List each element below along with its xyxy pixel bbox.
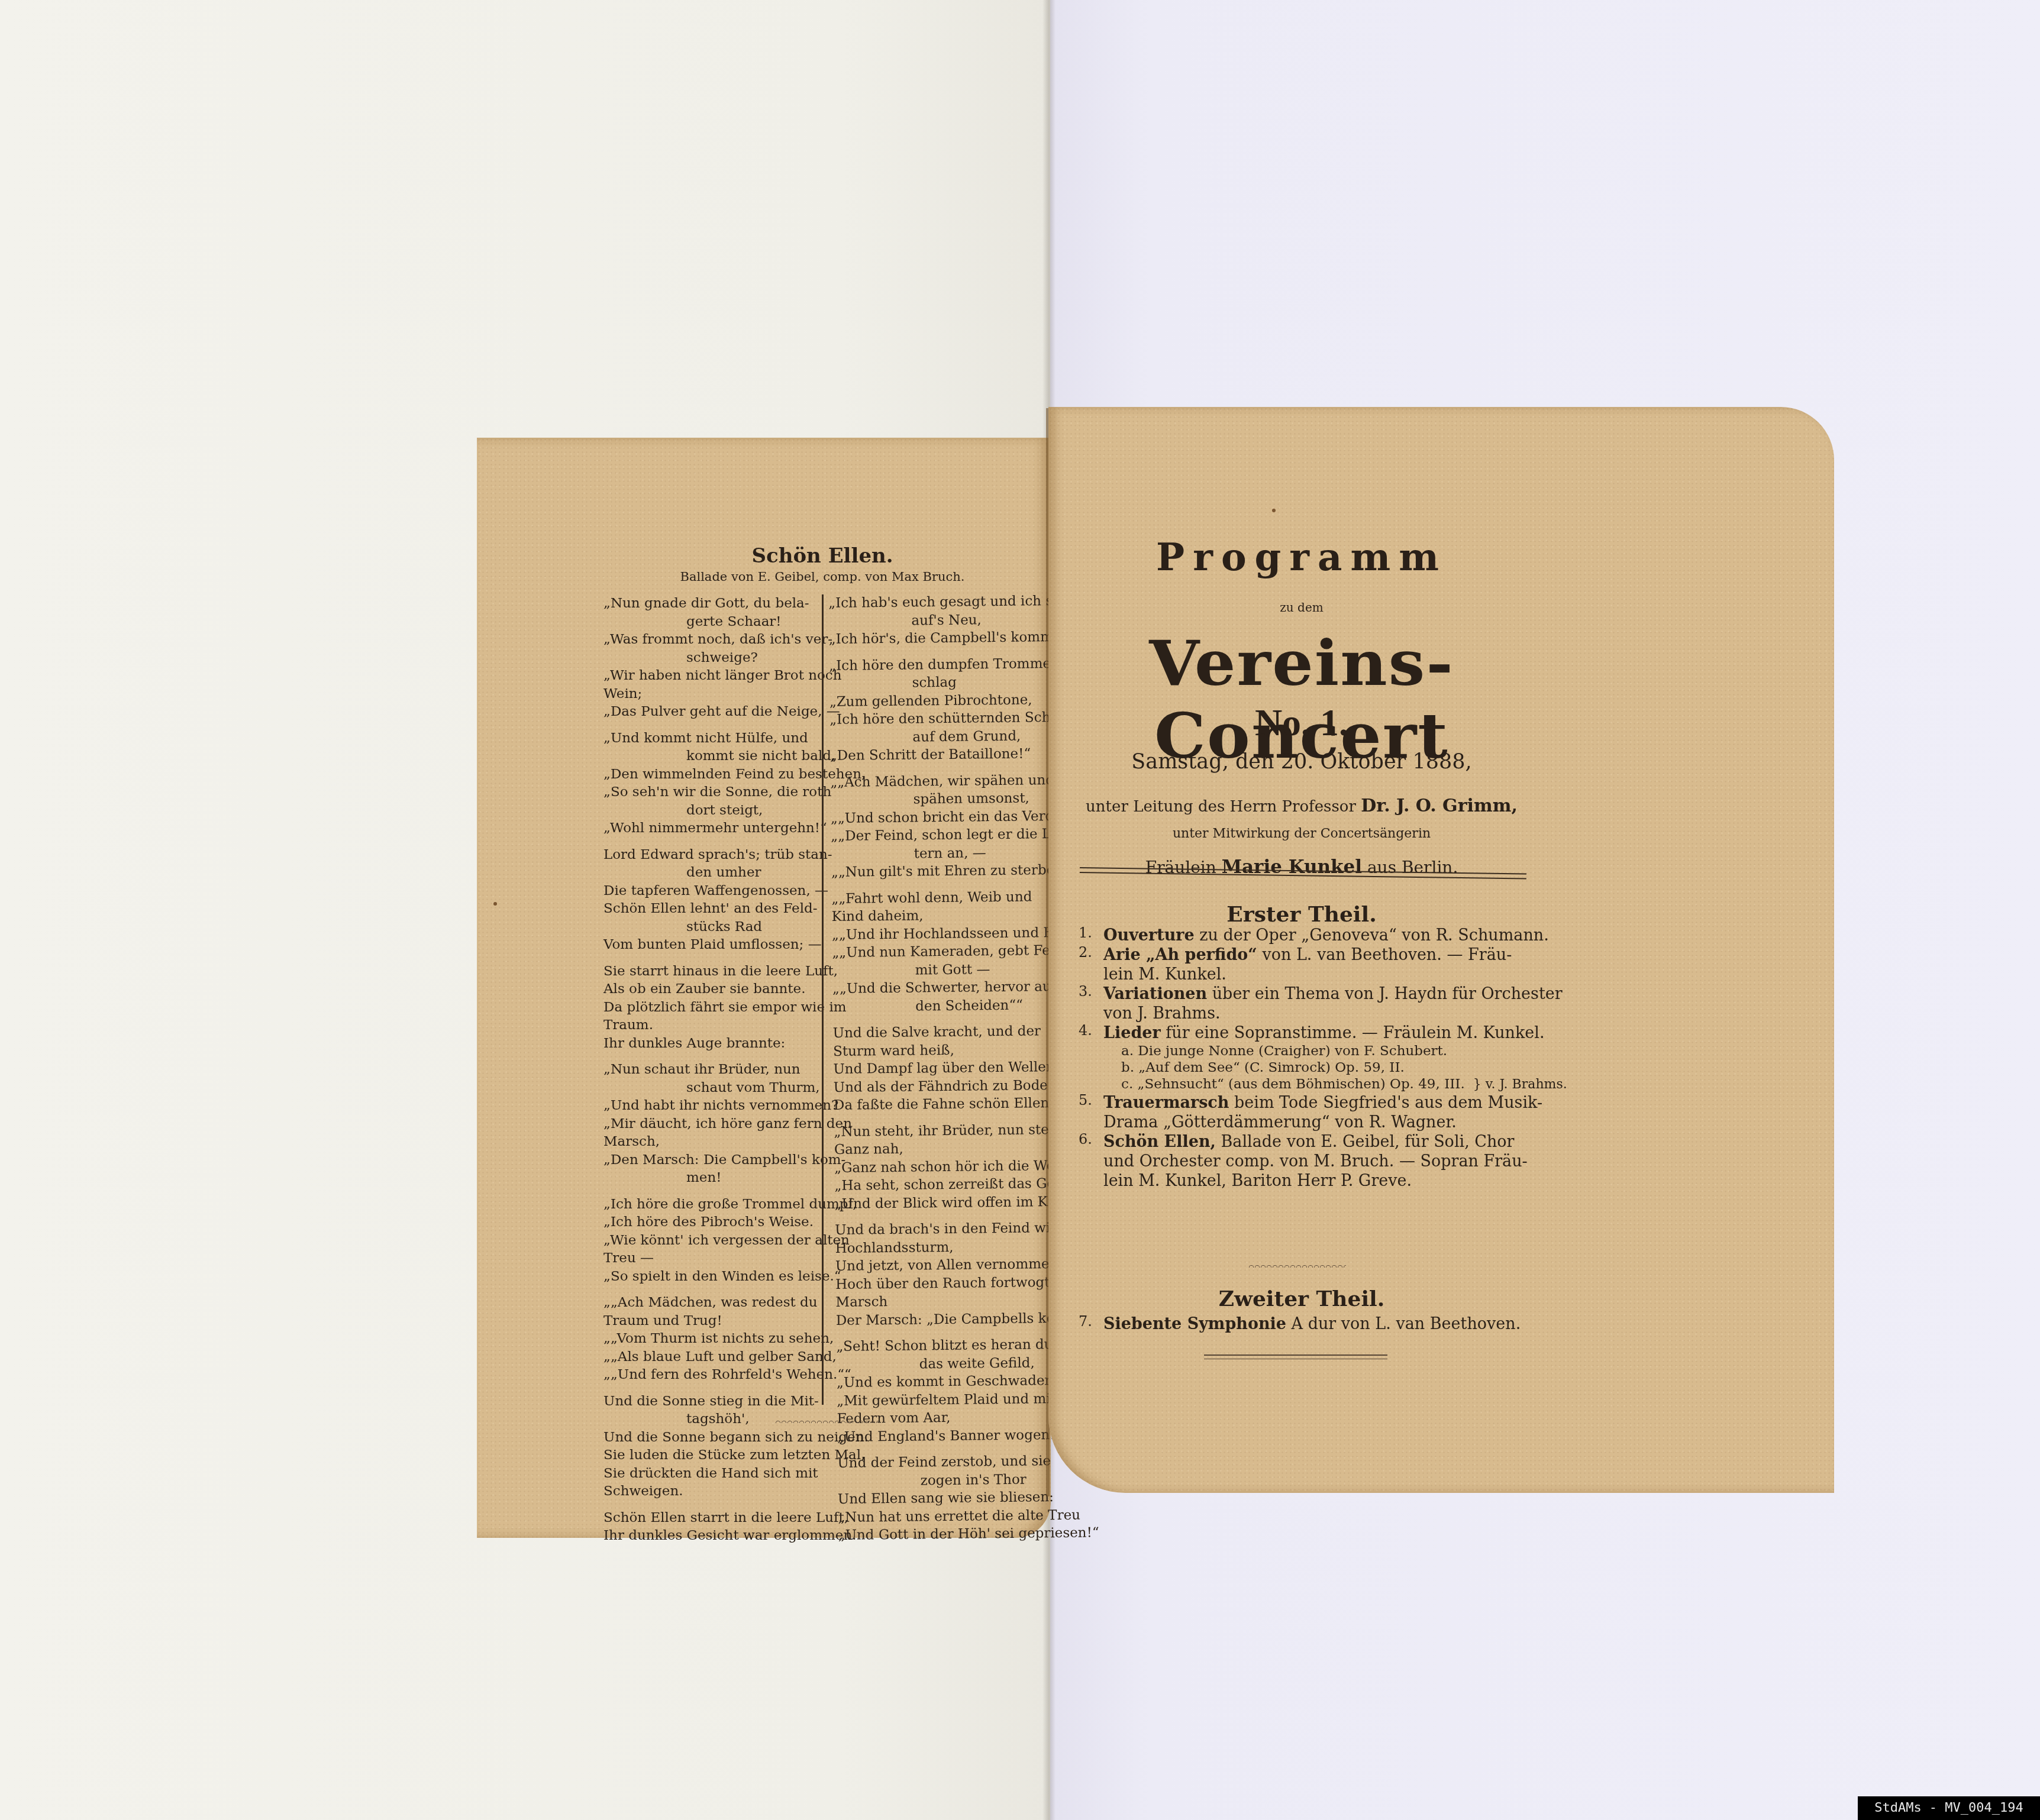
poem-line: Vom bunten Plaid umflossen; — bbox=[603, 936, 816, 954]
conductor-name: Dr. J. O. Grimm, bbox=[1361, 796, 1518, 816]
poem-line: „Ich hör's, die Campbell's kommen! bbox=[829, 628, 1048, 648]
poem-line: Und die Sonne begann sich zu neigen. bbox=[603, 1428, 816, 1447]
program-item-6-cont2: lein M. Kunkel, Bariton Herr P. Greve. bbox=[1074, 1171, 1567, 1191]
end-rule bbox=[1204, 1355, 1387, 1359]
poem-line: „Wohl nimmermehr untergehn!“ bbox=[603, 819, 816, 838]
poem-line: Ihr dunkles Auge brannte: bbox=[603, 1035, 816, 1053]
poem-line: „Mit gewürfeltem Plaid und mit bbox=[837, 1390, 1055, 1410]
poem-line: „Nun hat uns errettet die alte Treu bbox=[838, 1507, 1057, 1527]
poem-line: Sie starrt hinaus in die leere Luft, bbox=[603, 962, 816, 981]
poem-line: „So spielt in den Winden es leise.“ bbox=[603, 1268, 816, 1286]
concert-date: Samstag, den 20. Oktober 1888, bbox=[1065, 750, 1538, 774]
poem-line: schaut vom Thurm, bbox=[603, 1079, 816, 1097]
poem-line: „Wie könnt' ich vergessen der alten bbox=[603, 1231, 816, 1250]
poem-line: Hochlandssturm, bbox=[835, 1237, 1054, 1257]
poem-line: „Nun steht, ihr Brüder, nun steht! bbox=[834, 1121, 1053, 1141]
poem-line: Traum und Trug! bbox=[603, 1312, 816, 1330]
program-item-5-cont: Drama „Götterdämmerung“ von R. Wagner. bbox=[1074, 1113, 1567, 1132]
poem-line: „Den wimmelnden Feind zu bestehen, bbox=[603, 765, 816, 784]
poem-line: „Nun schaut ihr Brüder, nun bbox=[603, 1061, 816, 1079]
poem-line: Traum. bbox=[603, 1016, 816, 1035]
program-item-6-cont: und Orchester comp. von M. Bruch. — Sopr… bbox=[1074, 1152, 1567, 1171]
poem-line: Der Marsch: „Die Campbells kommen! bbox=[836, 1310, 1055, 1330]
poem-line: auf's Neu, bbox=[828, 610, 1047, 631]
program-item-2: 2.Arie „Ah perfido“ von L. van Beethoven… bbox=[1074, 945, 1567, 965]
poem-line: „Ich höre des Pibroch's Weise. bbox=[603, 1213, 816, 1231]
program-item-6: 6.Schön Ellen, Ballade von E. Geibel, fü… bbox=[1074, 1132, 1567, 1152]
lied-b: b. „Auf dem See“ (C. Simrock) Op. 59, II… bbox=[1074, 1059, 1567, 1076]
poem-column-2: „Ich hab's euch gesagt und ich sag'sauf'… bbox=[828, 592, 1057, 1544]
poem-line: Schön Ellen lehnt' an des Feld- bbox=[603, 900, 816, 918]
poem-column-1: „Nun gnade dir Gott, du bela-gerte Schaa… bbox=[603, 594, 816, 1545]
poem-line: tern an, — bbox=[831, 843, 1050, 864]
poem-line: „„Ach Mädchen, was redest du bbox=[603, 1294, 816, 1312]
program-item-3-cont: von J. Brahms. bbox=[1074, 1004, 1567, 1023]
stanza-gap bbox=[603, 954, 816, 962]
poem-line: auf dem Grund, bbox=[829, 727, 1048, 747]
poem-line: zogen in's Thor bbox=[838, 1470, 1057, 1491]
poem-line: schweige? bbox=[603, 649, 816, 667]
lied-c: c. „Sehnsucht“ (aus dem Böhmischen) Op. … bbox=[1074, 1076, 1567, 1093]
direction-line: unter Leitung des Herrn Professor Dr. J.… bbox=[1065, 796, 1538, 816]
poem-line: das weite Gefild, bbox=[836, 1354, 1055, 1374]
poem-line: den Scheiden““ bbox=[832, 996, 1051, 1016]
poem-line: Schön Ellen starrt in die leere Luft, bbox=[603, 1509, 816, 1527]
stanza-gap bbox=[603, 838, 816, 846]
poem-line: „Ha seht, schon zerreißt das Gewölk bbox=[834, 1175, 1053, 1195]
poem-line: spähen umsonst, bbox=[830, 789, 1049, 809]
poem-line: gerte Schaar! bbox=[603, 613, 816, 631]
poem-line: Ihr dunkles Gesicht war erglommen. bbox=[603, 1527, 816, 1545]
poem-line: Da plötzlich fährt sie empor wie im bbox=[603, 998, 816, 1017]
zu-dem-text: zu dem bbox=[1065, 600, 1538, 615]
wavy-divider-left bbox=[775, 1418, 879, 1423]
poem-line: „Ich höre die große Trommel dumpf, bbox=[603, 1195, 816, 1214]
poem-line: Und Ellen sang wie sie bliesen: bbox=[838, 1488, 1057, 1508]
part-one-title: Erster Theil. bbox=[1065, 902, 1538, 927]
program-item-3: 3.Variationen über ein Thema von J. Hayd… bbox=[1074, 984, 1567, 1004]
assistance-line: unter Mitwirkung der Concertsängerin bbox=[1065, 826, 1538, 841]
stanza-gap bbox=[603, 1285, 816, 1294]
program-item-5: 5.Trauermarsch beim Tode Siegfried's aus… bbox=[1074, 1093, 1567, 1113]
program-item-2-cont: lein M. Kunkel. bbox=[1074, 965, 1567, 984]
poem-line: Und als der Fähndrich zu Boden sank, bbox=[834, 1077, 1053, 1097]
poem-line: „Nun gnade dir Gott, du bela- bbox=[603, 594, 816, 613]
program-item-1: 1.Ouverture zu der Oper „Genoveva“ von R… bbox=[1074, 926, 1567, 945]
poem-line: „Ganz nah schon hör ich die Weise! bbox=[834, 1157, 1053, 1177]
poem-line: Lord Edward sprach's; trüb stan- bbox=[603, 846, 816, 864]
poem-line: Die tapferen Waffengenossen, — bbox=[603, 882, 816, 900]
poem-line: „Und kommt nicht Hülfe, und bbox=[603, 729, 816, 748]
poem-line: Sie drückten die Hand sich mit bbox=[603, 1465, 816, 1483]
poem-line: „„Nun gilt's mit Ehren zu sterben! — bbox=[831, 861, 1050, 881]
poem-line: „Den Marsch: Die Campbell's kom- bbox=[603, 1151, 816, 1169]
poem-title: Schön Ellen. bbox=[592, 544, 1053, 568]
poem-line: „Und England's Banner wogen!“ bbox=[837, 1426, 1056, 1446]
poem-line: Und der Feind zerstob, und sie bbox=[837, 1452, 1056, 1472]
direction-prefix: unter Leitung des Herrn Professor bbox=[1086, 798, 1356, 816]
poem-line: „Und es kommt in Geschwadern gezogen bbox=[837, 1372, 1055, 1392]
poem-line: „„Und nun Kameraden, gebt Feuer, bbox=[832, 942, 1051, 962]
stanza-gap bbox=[603, 721, 816, 729]
archive-label: StdAMs - MV_004_194 bbox=[1858, 1796, 2040, 1820]
poem-line: Treu — bbox=[603, 1249, 816, 1268]
wavy-divider-right bbox=[1248, 1263, 1346, 1268]
poem-line: mit Gott — bbox=[832, 960, 1051, 980]
poem-line: „Seht! Schon blitzt es heran durch bbox=[836, 1336, 1055, 1356]
poem-line: Marsch bbox=[835, 1291, 1054, 1311]
poem-line: „Wir haben nicht länger Brot noch bbox=[603, 667, 816, 685]
poem-line: „Ich hab's euch gesagt und ich sag's bbox=[828, 592, 1047, 612]
poem-line: den umher bbox=[603, 864, 816, 882]
poem-line: „Ich höre den dumpfen Trommel- bbox=[829, 655, 1048, 675]
poem-line: Und jetzt, von Allen vernommen, bbox=[835, 1255, 1054, 1275]
stanza-gap bbox=[603, 1052, 816, 1061]
poem-line: stücks Rad bbox=[603, 918, 816, 936]
stanza-gap bbox=[603, 1384, 816, 1392]
poem-line: „„Und schon bricht ein das Verderben, bbox=[831, 807, 1050, 827]
poem-line: „„Und ihr Hochlandsseen und Haiden! bbox=[832, 924, 1051, 944]
poem-line: Da faßte die Fahne schön Ellen: bbox=[834, 1094, 1053, 1114]
program-item-7: 7.Siebente Symphonie A dur von L. van Be… bbox=[1074, 1314, 1521, 1334]
poem-line: „„Als blaue Luft und gelber Sand, bbox=[603, 1348, 816, 1366]
poem-line: „Den Schritt der Bataillone!“ bbox=[830, 745, 1049, 765]
part-one-list: 1.Ouverture zu der Oper „Genoveva“ von R… bbox=[1074, 926, 1567, 1191]
stanza-gap bbox=[603, 1501, 816, 1509]
program-heading: Programm bbox=[1065, 535, 1538, 580]
lied-a: a. Die junge Nonne (Craigher) von F. Sch… bbox=[1074, 1043, 1567, 1059]
poem-line: „Und Gott in der Höh' sei gepriesen!“ bbox=[838, 1524, 1057, 1544]
brahms-brace: } v. J. Brahms. bbox=[1473, 1077, 1567, 1093]
poem-line: „Ich höre den schütternden Schritt bbox=[829, 709, 1048, 729]
stanza-gap bbox=[603, 1187, 816, 1195]
poem-line: „„Ach Mädchen, wir spähen und bbox=[830, 771, 1049, 791]
column-divider bbox=[822, 594, 824, 1405]
paper-speck bbox=[1272, 509, 1276, 512]
concert-number: No. 1. bbox=[1065, 701, 1538, 745]
poem-line: Hoch über den Rauch fortwogte der bbox=[835, 1273, 1054, 1294]
poem-line: Sie luden die Stücke zum letzten Mal, bbox=[603, 1446, 816, 1465]
program-item-4: 4.Lieder für eine Sopranstimme. — Fräule… bbox=[1074, 1023, 1567, 1043]
poem-line: Und die Sonne stieg in die Mit- bbox=[603, 1392, 816, 1411]
poem-line: „Was frommt noch, daß ich's ver- bbox=[603, 631, 816, 649]
poem-line: Und da brach's in den Feind wie bbox=[835, 1219, 1054, 1239]
poem-line: Wein; bbox=[603, 685, 816, 703]
poem-line: „„Fahrt wohl denn, Weib und bbox=[831, 888, 1050, 908]
poem-line: „Das Pulver geht auf die Neige, — bbox=[603, 703, 816, 721]
poem-line: „„Und die Schwerter, hervor aus bbox=[832, 978, 1051, 998]
poem-line: Ganz nah, bbox=[834, 1139, 1053, 1159]
poem-line: men! bbox=[603, 1169, 816, 1187]
part-two-title: Zweiter Theil. bbox=[1065, 1286, 1538, 1311]
paper-speck bbox=[493, 902, 497, 906]
poem-line: Kind daheim, bbox=[832, 906, 1051, 926]
poem-line: Marsch, bbox=[603, 1133, 816, 1151]
part-two-list: 7.Siebente Symphonie A dur von L. van Be… bbox=[1074, 1314, 1521, 1334]
poem-line: „„Und fern des Rohrfeld's Wehen.““ bbox=[603, 1366, 816, 1384]
poem-line: dort steigt, bbox=[603, 801, 816, 820]
poem-line: „Mir däucht, ich höre ganz fern den bbox=[603, 1115, 816, 1133]
poem-line: „„Der Feind, schon legt er die Lei- bbox=[831, 825, 1050, 845]
poem-line: Und die Salve kracht, und der bbox=[833, 1022, 1052, 1042]
poem-line: schlag bbox=[829, 673, 1048, 693]
poem-line: Sturm ward heiß, bbox=[833, 1040, 1052, 1061]
poem-line: „Zum gellenden Pibrochtone, bbox=[829, 691, 1048, 711]
poem-line: Schweigen. bbox=[603, 1482, 816, 1501]
poem-line: Als ob ein Zauber sie bannte. bbox=[603, 980, 816, 998]
poem-line: „Und habt ihr nichts vernommen? bbox=[603, 1097, 816, 1115]
poem-line: Und Dampf lag über den Wellen, bbox=[833, 1058, 1052, 1078]
poem-subtitle: Ballade von E. Geibel, comp. von Max Bru… bbox=[592, 570, 1053, 584]
poem-line: „„Vom Thurm ist nichts zu sehen, bbox=[603, 1330, 816, 1348]
poem-line: kommt sie nicht bald, bbox=[603, 747, 816, 765]
poem-line: „So seh'n wir die Sonne, die roth bbox=[603, 783, 816, 801]
poem-line: „Und der Blick wird offen im Kreise!“ bbox=[835, 1193, 1054, 1213]
